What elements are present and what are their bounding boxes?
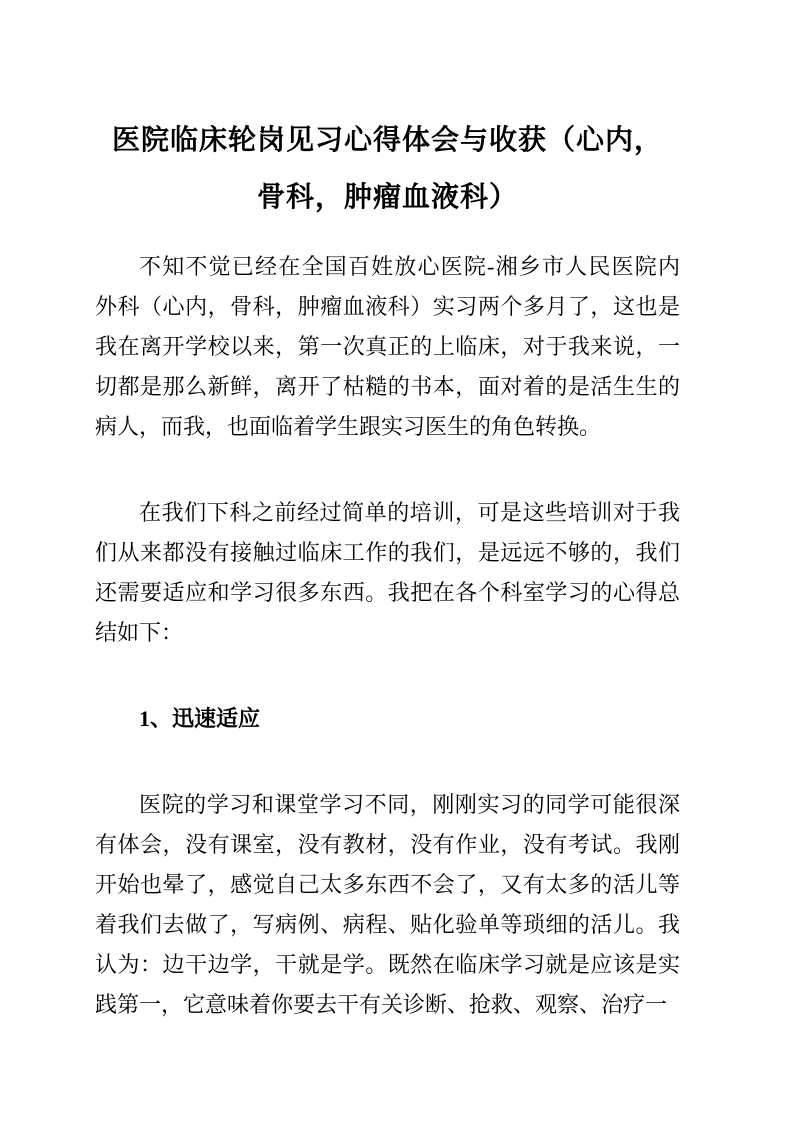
text-line: 们从来都没有接触过临床工作的我们，是远远不够的，我们 [95,533,680,573]
text-line: 认为：边干边学，干就是学。既然在临床学习就是应该是实 [95,945,680,985]
section-heading: 1、迅速适应 [95,699,680,739]
document-title: 医院临床轮岗见习心得体会与收获（心内，骨科，肿瘤血液科） [95,112,680,226]
text-line: 着我们去做了，写病例、病程、贴化验单等琐细的活儿。我 [95,905,680,945]
text-line: 开始也晕了，感觉自己太多东西不会了，又有太多的活儿等 [95,865,680,905]
text-line: 病人，而我，也面临着学生跟实习医生的角色转换。 [95,407,680,447]
document-body: 不知不觉已经在全国百姓放心医院-湘乡市人民医院内外科（心内，骨科，肿瘤血液科）实… [95,247,680,1025]
text-line: 践第一，它意味着你要去干有关诊断、抢救、观察、治疗一 [95,985,680,1025]
document-title-line: 骨科，肿瘤血液科） [95,169,680,226]
document-title-line: 医院临床轮岗见习心得体会与收获（心内， [95,112,680,169]
document-page: 医院临床轮岗见习心得体会与收获（心内，骨科，肿瘤血液科） 不知不觉已经在全国百姓… [0,0,793,1122]
text-line: 我在离开学校以来，第一次真正的上临床，对于我来说，一 [95,327,680,367]
text-line: 不知不觉已经在全国百姓放心医院-湘乡市人民医院内 [95,247,680,287]
text-line: 医院的学习和课堂学习不同，刚刚实习的同学可能很深 [95,785,680,825]
text-line: 还需要适应和学习很多东西。我把在各个科室学习的心得总 [95,573,680,613]
text-line: 有体会，没有课室，没有教材，没有作业，没有考试。我刚 [95,825,680,865]
text-line: 1、迅速适应 [95,699,680,739]
paragraph: 医院的学习和课堂学习不同，刚刚实习的同学可能很深有体会，没有课室，没有教材，没有… [95,785,680,1025]
text-line: 在我们下科之前经过简单的培训，可是这些培训对于我 [95,493,680,533]
text-line: 外科（心内，骨科，肿瘤血液科）实习两个多月了，这也是 [95,287,680,327]
text-line: 切都是那么新鲜，离开了枯糙的书本，面对着的是活生生的 [95,367,680,407]
paragraph: 在我们下科之前经过简单的培训，可是这些培训对于我们从来都没有接触过临床工作的我们… [95,493,680,653]
paragraph: 不知不觉已经在全国百姓放心医院-湘乡市人民医院内外科（心内，骨科，肿瘤血液科）实… [95,247,680,447]
text-line: 结如下： [95,613,680,653]
